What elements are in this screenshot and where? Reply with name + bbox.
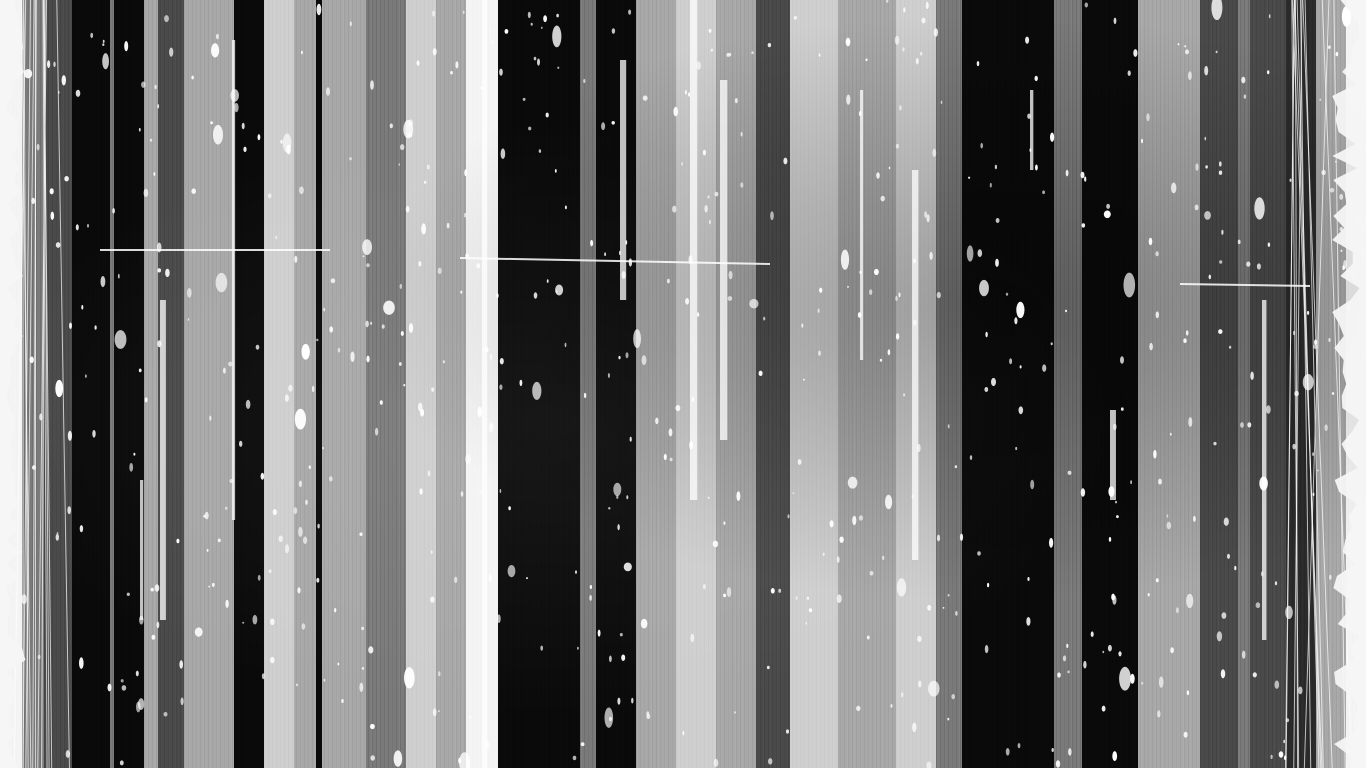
desktop-wallpaper xyxy=(0,0,1366,768)
frayed-edges xyxy=(0,0,1366,768)
